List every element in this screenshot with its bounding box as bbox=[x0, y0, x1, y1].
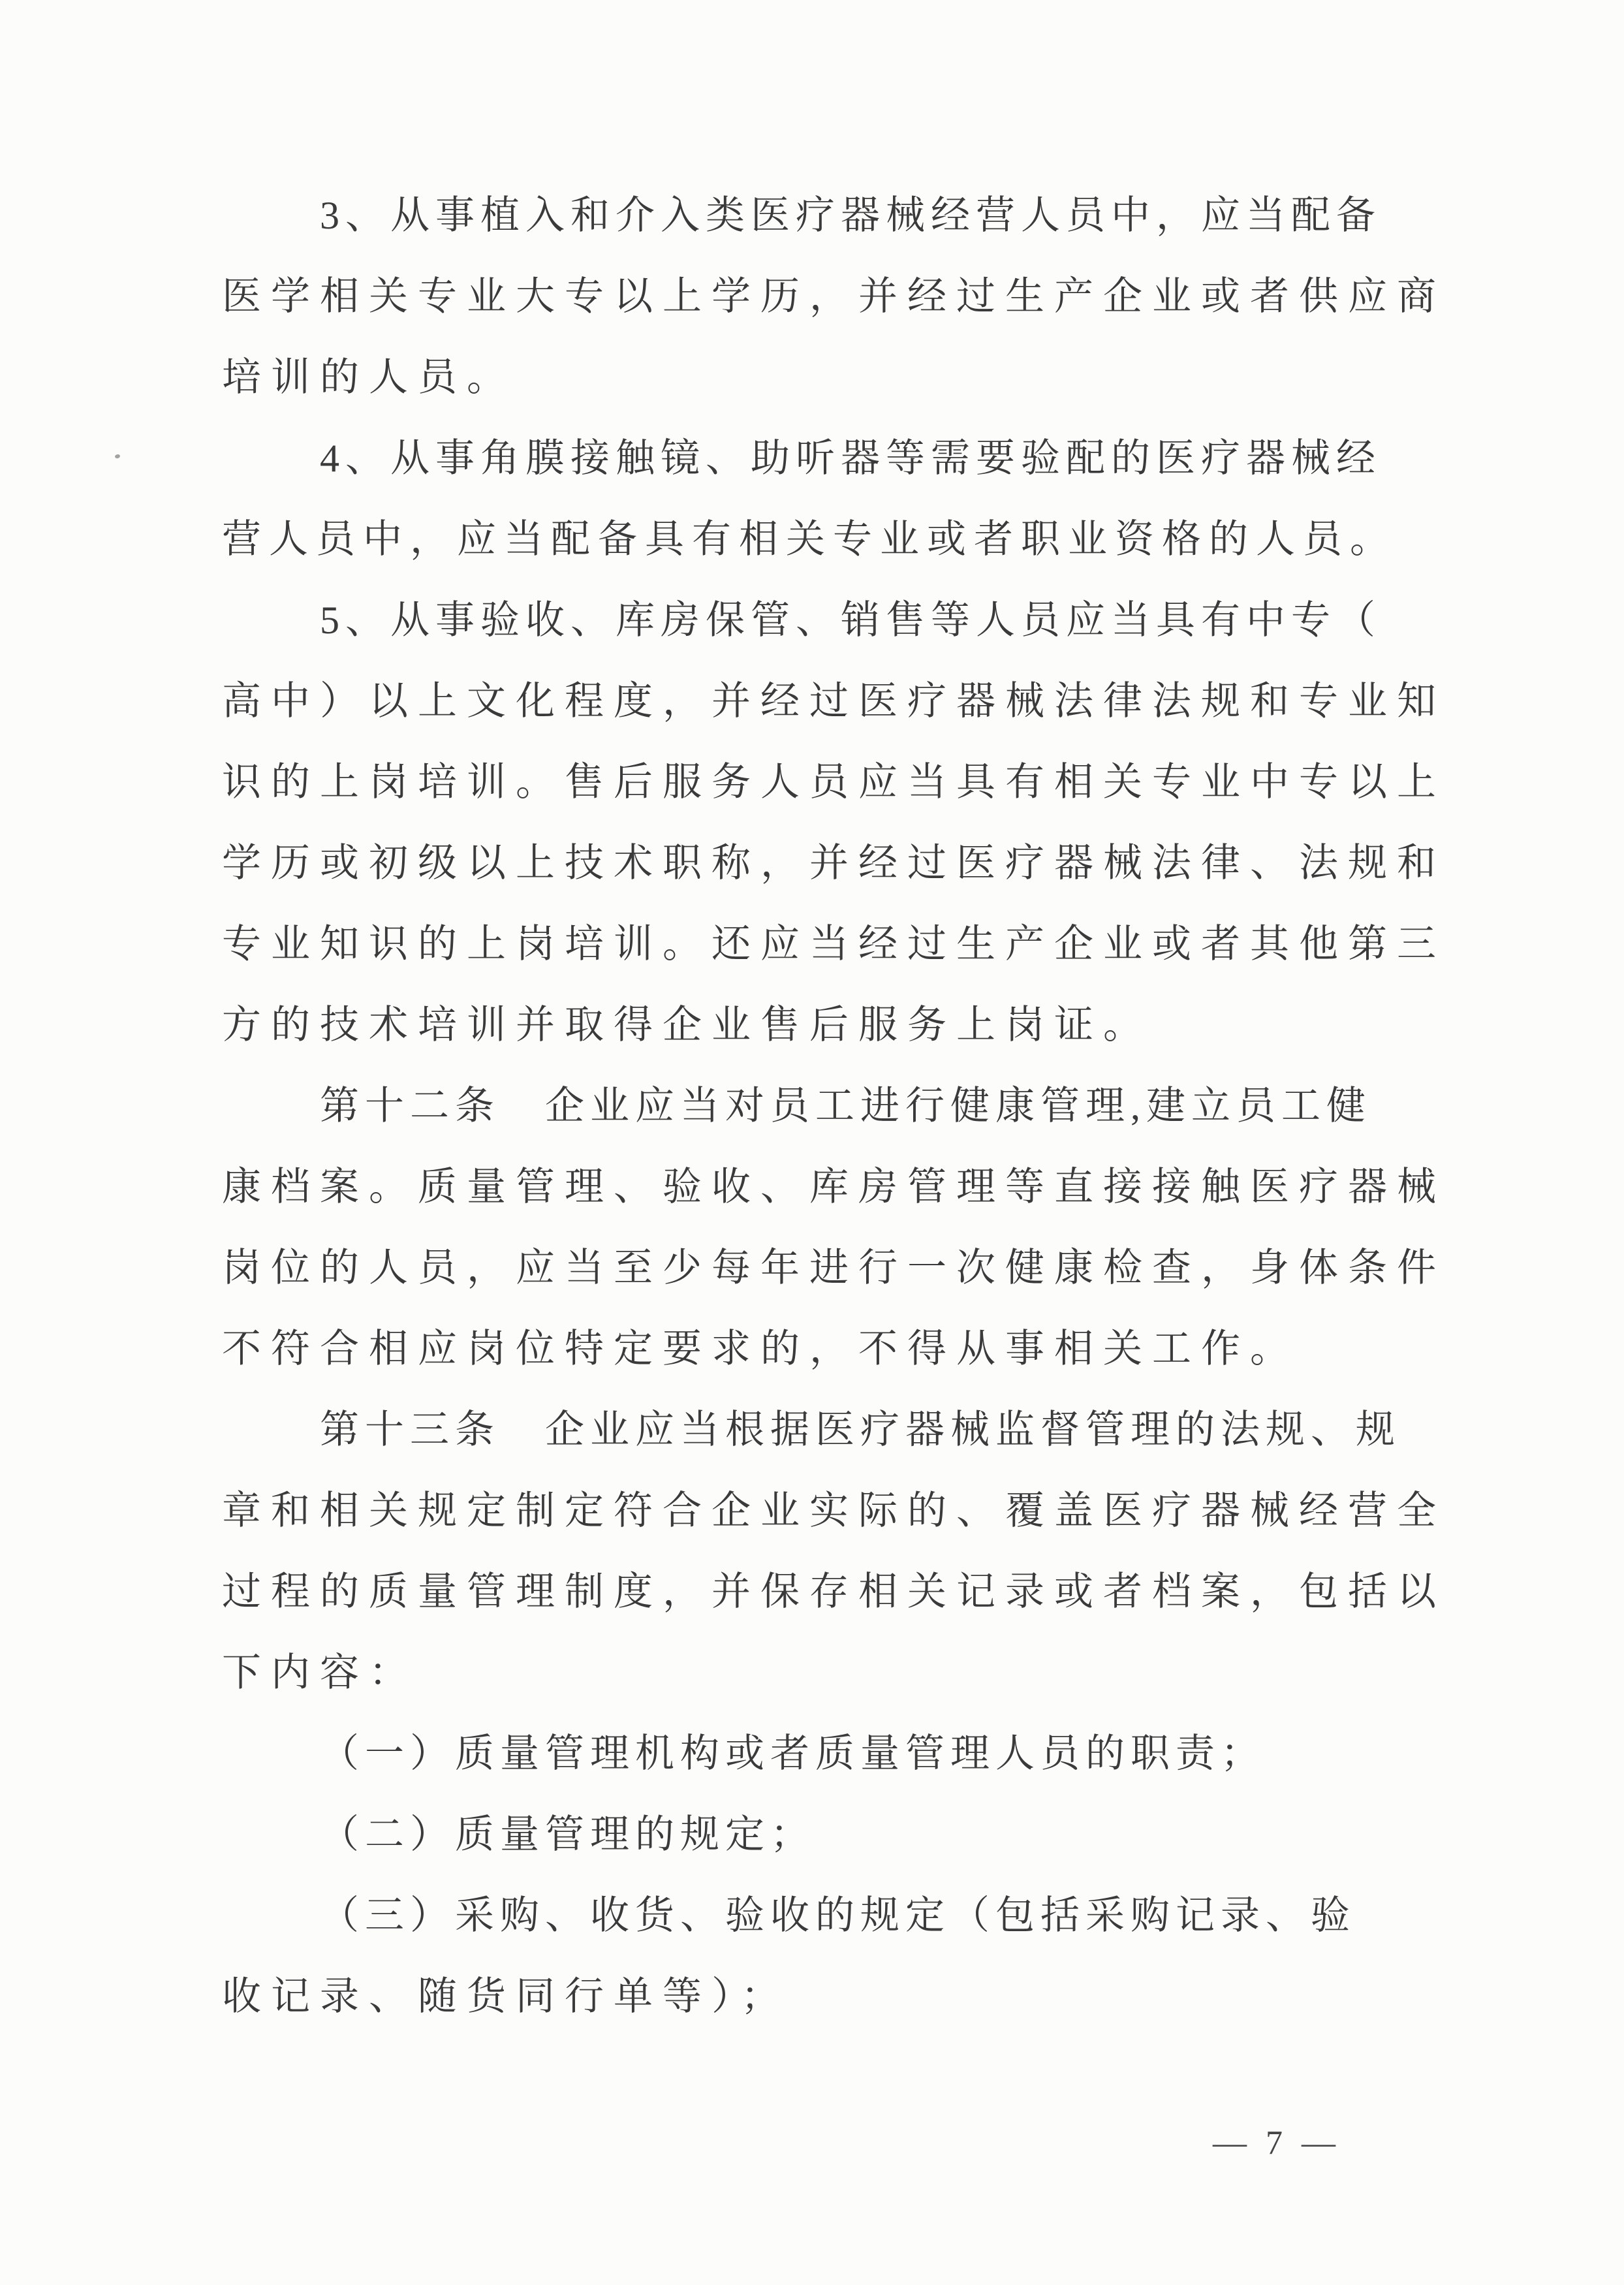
text-line: 营人员中，应当配备具有相关专业或者职业资格的人员。 bbox=[222, 499, 1410, 580]
text-line: 收记录、随货同行单等）； bbox=[222, 1956, 1410, 2037]
text-line: 5、从事验收、库房保管、销售等人员应当具有中专（ bbox=[222, 580, 1410, 661]
text-line: 下内容： bbox=[222, 1632, 1410, 1713]
text-line: 高中）以上文化程度，并经过医疗器械法律法规和专业知 bbox=[222, 661, 1410, 742]
text-line: （三）采购、收货、验收的规定（包括采购记录、验 bbox=[222, 1875, 1410, 1956]
text-line: 章和相关规定制定符合企业实际的、覆盖医疗器械经营全 bbox=[222, 1470, 1410, 1551]
text-line: 第十三条 企业应当根据医疗器械监督管理的法规、规 bbox=[222, 1389, 1410, 1470]
text-line: 培训的人员。 bbox=[222, 337, 1410, 418]
text-line: 学历或初级以上技术职称，并经过医疗器械法律、法规和 bbox=[222, 823, 1410, 904]
text-line: 专业知识的上岗培训。还应当经过生产企业或者其他第三 bbox=[222, 904, 1410, 985]
text-line: 4、从事角膜接触镜、助听器等需要验配的医疗器械经 bbox=[222, 418, 1410, 499]
text-line: 岗位的人员，应当至少每年进行一次健康检查，身体条件 bbox=[222, 1227, 1410, 1308]
text-line: 医学相关专业大专以上学历，并经过生产企业或者供应商 bbox=[222, 256, 1410, 337]
text-line: 第十二条 企业应当对员工进行健康管理,建立员工健 bbox=[222, 1065, 1410, 1146]
text-line: 方的技术培训并取得企业售后服务上岗证。 bbox=[222, 985, 1410, 1065]
text-line: 3、从事植入和介入类医疗器械经营人员中，应当配备 bbox=[222, 175, 1410, 256]
text-line: 康档案。质量管理、验收、库房管理等直接接触医疗器械 bbox=[222, 1146, 1410, 1227]
text-line: 识的上岗培训。售后服务人员应当具有相关专业中专以上 bbox=[222, 742, 1410, 823]
document-body: 3、从事植入和介入类医疗器械经营人员中，应当配备 医学相关专业大专以上学历，并经… bbox=[222, 175, 1410, 2037]
text-line: 过程的质量管理制度，并保存相关记录或者档案，包括以 bbox=[222, 1551, 1410, 1632]
text-line: （一）质量管理机构或者质量管理人员的职责； bbox=[222, 1713, 1410, 1794]
scan-artifact-speck bbox=[114, 454, 120, 459]
page-number: — 7 — bbox=[1213, 2114, 1341, 2173]
document-page: 3、从事植入和介入类医疗器械经营人员中，应当配备 医学相关专业大专以上学历，并经… bbox=[0, 0, 1624, 2285]
text-line: （二）质量管理的规定； bbox=[222, 1794, 1410, 1875]
text-line: 不符合相应岗位特定要求的，不得从事相关工作。 bbox=[222, 1308, 1410, 1389]
